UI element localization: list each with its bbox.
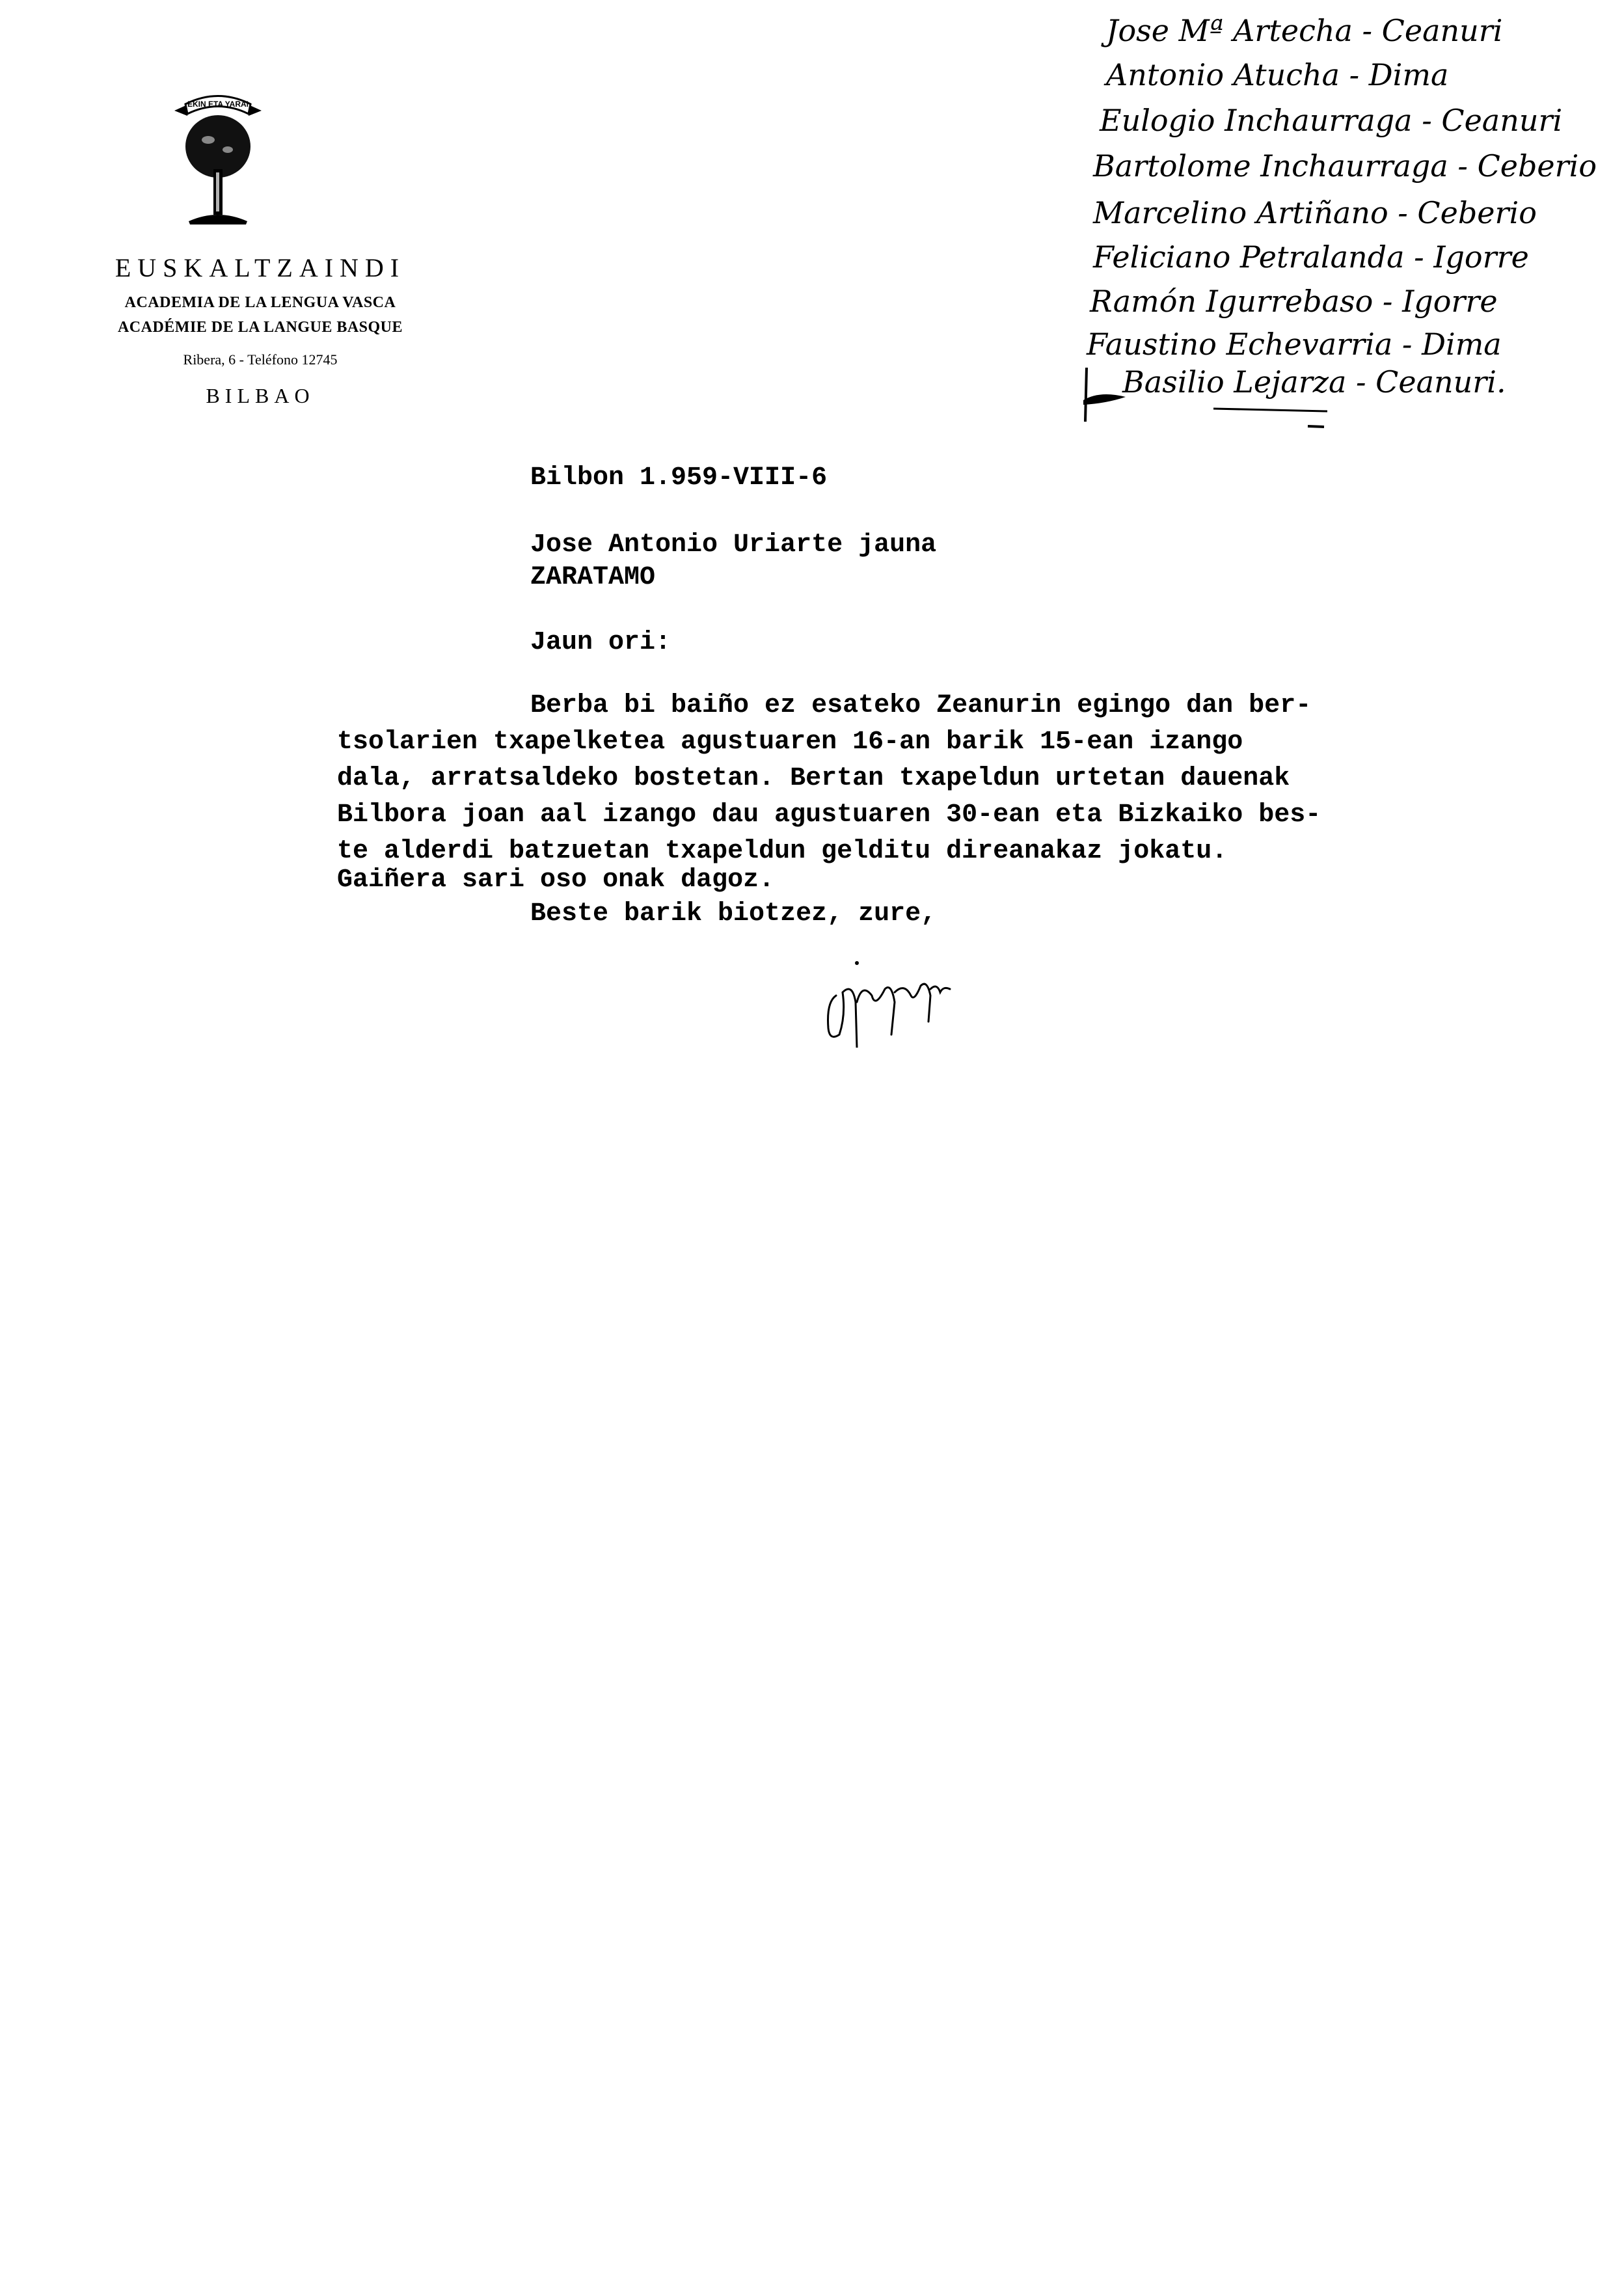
letter-date: Bilbon 1.959-VIII-6	[530, 463, 827, 493]
handwritten-entry: Marcelino Artiñano - Ceberio	[1093, 195, 1537, 230]
crossed-out-word-icon	[1080, 364, 1132, 423]
handwritten-entry: Jose Mª Artecha - Ceanuri	[1106, 13, 1502, 48]
handwritten-entry: Eulogio Inchaurraga - Ceanuri	[1100, 103, 1562, 138]
letter-recipient: Jose Antonio Uriarte jauna	[530, 530, 936, 560]
letter-body-line: te alderdi batzuetan txapeldun gelditu d…	[337, 837, 1227, 866]
letter-body-line: Bilbora joan aal izango dau agustuaren 3…	[337, 800, 1321, 830]
handwritten-entry: Faustino Echevarria - Dima	[1087, 327, 1502, 362]
handwritten-entry: Antonio Atucha - Dima	[1106, 57, 1448, 92]
handwritten-entry: Basilio Lejarza - Ceanuri.	[1122, 364, 1506, 400]
oak-tree-logo-icon: EKIN ETA YARAI	[169, 85, 267, 228]
logo-motto: EKIN ETA YARAI	[187, 100, 249, 109]
letter-recipient-place: ZARATAMO	[530, 563, 655, 592]
organization-address: Ribera, 6 - Teléfono 12745	[78, 351, 442, 368]
letter-salutation: Jaun ori:	[530, 628, 671, 657]
organization-subtitle-es: ACADEMIA DE LA LENGUA VASCA	[78, 294, 442, 312]
letter-body-line: Berba bi baiño ez esateko Zeanurin eging…	[530, 691, 1311, 720]
letter-body-line: Gaiñera sari oso onak dagoz.	[337, 865, 774, 895]
organization-name: EUSKALTZAINDI	[78, 252, 442, 283]
signature-icon	[823, 957, 1031, 1048]
organization-city: BILBAO	[78, 384, 442, 408]
letter-body-line: dala, arratsaldeko bostetan. Bertan txap…	[337, 764, 1290, 793]
letter-closing: Beste barik biotzez, zure,	[530, 899, 936, 929]
handwritten-entry: Ramón Igurrebaso - Igorre	[1090, 284, 1498, 319]
handwritten-entry: Bartolome Inchaurraga - Ceberio	[1093, 148, 1597, 183]
letter-body-line: tsolarien txapelketea agustuaren 16-an b…	[337, 727, 1243, 757]
underline-mark	[1210, 403, 1340, 429]
handwritten-entry: Feliciano Petralanda - Igorre	[1093, 239, 1529, 275]
organization-subtitle-fr: ACADÉMIE DE LA LANGUE BASQUE	[78, 319, 442, 336]
